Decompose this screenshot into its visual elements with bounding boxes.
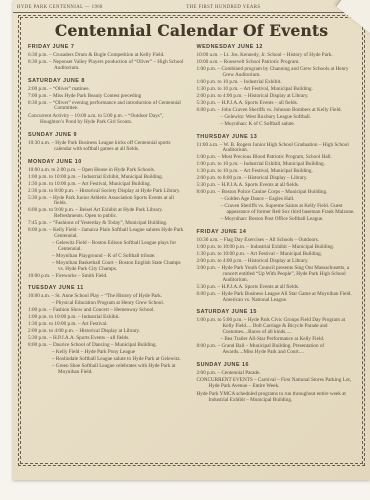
event-subitem: – Gelewitz: West Roxbury League Softball… [197,115,356,121]
event-item: 2:00 p.m. to 4:00 p.m. – Historical Disp… [197,259,356,265]
event-time: 1:00 p.m. to 10:00 p.m. [28,314,77,320]
event-time: 8:00 p.m. [28,227,48,233]
event-subitem: – Physical Education Program at Henry Gr… [28,301,187,307]
day-heading: SATURDAY JUNE 8 [28,78,187,84]
day-heading: TUESDAY JUNE 11 [28,285,187,291]
day-section: FRIDAY JUNE 76:30 p.m. – Crusaders Drum … [28,44,187,72]
day-heading: WEDNESDAY JUNE 12 [197,44,356,50]
event-subitem: – Moynihan: K of C Softball salute. [197,122,356,128]
event-item: 2:30 p.m. to 8:00 p.m. – Historical Soci… [28,189,187,195]
event-time: 10:00 p.m. [28,273,50,279]
event-item: 11:00 a.m. – W. B. Rogers Junior High Sc… [197,143,356,155]
event-item: 10:30 a.m. – Flag Day Exercises – All Sc… [197,238,356,244]
event-item: 6:00 p.m. – Hyde Park Business League Al… [197,292,356,304]
event-item: 10:00 a.m. – Roosevelt School Patriotic … [197,60,356,66]
event-time: 11:00 a.m. [197,142,219,148]
event-time: 5:30 p.m. [197,284,217,290]
event-item: 8:30 p.m. – Neponset Valley Players prod… [28,60,187,72]
event-subitem: – Moynihan Playground – K of C Softball … [28,254,187,260]
running-head: HYDE PARK CENTENNIAL — 1968 THE FIRST HU… [13,0,370,13]
event-time: 5:30 p.m. [197,182,217,188]
event-item: 6:30 p.m. – Crusaders Drum & Bugle Compe… [28,53,187,59]
running-head-left: HYDE PARK CENTENNIAL — 1968 [17,5,103,10]
event-item: 1:00 p.m. to 10:00 p.m. – Industrial Exh… [28,315,187,321]
event-time: 10:00 a.m. [197,52,219,58]
event-item: 8:00 p.m. – Grand Ball – Municipal Build… [197,344,356,356]
event-time: 6:00 p.m. [197,291,217,297]
event-time: 1:30 p.m. to 10:00 p.m. [28,181,77,187]
event-time: 10:30 a.m. [197,237,219,243]
event-item: 3:00 p.m. – Hyde Park Youth Council pres… [197,266,356,283]
event-time: 6:00 p.m. to 9:00 p.m. [28,207,74,213]
calendar-border-box: Centennial Calendar Of Events FRIDAY JUN… [18,15,365,466]
note-paragraph: CONCURRENT EVENTS – Carnival – First Nat… [197,378,356,390]
event-item: 10:00 a.m. to 2:00 p.m. – Open House in … [28,168,187,174]
calendar-column-left: FRIDAY JUNE 76:30 p.m. – Crusaders Drum … [28,43,187,405]
event-time: 2:00 p.m. to 4:00 p.m. [28,328,74,334]
event-item: 1:00 p.m. – Combined program by Channing… [197,67,356,79]
day-heading: FRIDAY JUNE 7 [28,44,187,50]
day-heading: SATURDAY JUNE 15 [197,309,356,315]
event-time: 2:00 p.m. to 4:00 p.m. [197,258,243,264]
event-time: 1:00 p.m. to 10:00 p.m. [28,174,77,180]
event-time: 8:00 p.m. [197,343,217,349]
day-section: WEDNESDAY JUNE 1210:00 a.m. – Lt. Jos. K… [197,44,356,128]
event-item: 2:00 p.m. – “Oliver” matinee. [28,87,187,93]
event-item: 1:00 p.m. to 10:00 p.m. – Industrial Exh… [28,175,187,181]
scanned-page: HYDE PARK CENTENNIAL — 1968 THE FIRST HU… [13,0,370,480]
day-section: TUESDAY JUNE 1110:00 a.m. – St. Anne Sch… [28,285,187,376]
event-time: 1:00 p.m. [197,154,217,160]
event-time: 10:00 a.m. to 2:00 p.m. [28,167,76,173]
event-time: 5:30 p.m. [28,195,48,201]
event-item: 6:00 p.m. – John Craven Sheriffs vs. Joh… [197,108,356,114]
event-item: 8:00 p.m. – Kelly Field – Jamaica Plain … [28,228,187,240]
event-time: 1:00 p.m. [28,307,48,313]
event-item: 1:00 p.m. to 5:00 p.m. – Hyde Park Civic… [197,318,356,335]
day-section: MONDAY JUNE 1010:00 a.m. to 2:00 p.m. – … [28,159,187,280]
event-item: 1:30 p.m. to 10 p.m. – Art Festival, Mun… [197,87,356,93]
event-item: 10:00 p.m. – Fireworks – Smith Field. [28,274,187,280]
event-item: 8:00 p.m. – Daurice School of Dancing – … [28,343,187,349]
page-title: Centennial Calendar Of Events [28,21,355,40]
event-time: 1:30 p.m. to 10 p.m. [197,168,239,174]
event-item: 2:00 p.m. to 4:00 p.m. – Historical Disp… [197,94,356,100]
event-time: 1:30 p.m. to 10 p.m. [197,86,239,92]
event-time: 1:00 p.m. to 5:00 p.m. [197,317,243,323]
event-subitem: – Moynihan: Boston Post Office Softball … [197,217,356,223]
event-item: 7:00 p.m. – Miss Hyde Park Beauty Contes… [28,94,187,100]
note-paragraph: Hyde Park YMCA scheduled programs to run… [197,392,356,404]
event-item: 5:30 p.m. – H.P.J.A.A. Sports Events at … [197,285,356,291]
day-section: SATURDAY JUNE 151:00 p.m. to 5:00 p.m. –… [197,309,356,355]
event-item: 1:00 p.m. to 10 p.m. – Industrial Exhibi… [197,162,356,168]
event-time: 10:30 a.m. [28,140,50,146]
day-section: SUNDAY JUNE 910:30 a.m. – Hyde Park Busi… [28,132,187,153]
event-time: 1:00 p.m. [197,66,217,72]
event-item: 1:30 p.m. to 10 p.m. – Art Festival, Mun… [197,169,356,175]
event-time: 7:45 p.m. [28,220,48,226]
event-time: 1:00 p.m. to 10 p.m. [197,161,239,167]
note-paragraph: Concurrent Activity – 10:00 a.m. to 5:00… [28,114,187,126]
event-subitem: – Gelewitz Field – Boston Edison Softbal… [28,241,187,253]
event-item: 1:00 p.m. – Most Precious Blood Patrioti… [197,155,356,161]
event-time: 2:00 p.m. to 4:00 p.m. [197,93,243,99]
event-subitem: – Craven Sheriffs vs. Supreme Saints at … [197,204,356,216]
event-item: 5:30 p.m. – Hyde Park Junior Athletic As… [28,196,187,208]
day-heading: MONDAY JUNE 10 [28,159,187,165]
event-item: 1:30 p.m. to 10:00 p.m. – Art Festival, … [28,182,187,188]
event-time: 8:30 p.m. [28,59,48,65]
event-item: 8:30 p.m. – “Oliver” evening performance… [28,101,187,113]
event-item: 6:00 p.m. to 9:00 p.m. – Beisel Art Exhi… [28,208,187,220]
day-heading: SUNDAY JUNE 9 [28,132,187,138]
event-item: 1:30 p.m. to 10:00 p.m. – Art Festival –… [197,252,356,258]
event-time: 10:00 a.m. [28,293,50,299]
day-section: SATURDAY JUNE 82:00 p.m. – “Oliver” mati… [28,78,187,126]
event-time: 8:00 p.m. [197,189,217,195]
event-time: 10:00 a.m. [197,59,219,65]
event-time: 8:00 p.m. [28,342,48,348]
event-subitem: – Green Shoe Softball League celebrates … [28,364,187,376]
event-item: 1:00 p.m. to 10:00 p.m. – Industrial Exh… [197,245,356,251]
event-item: 1:00 p.m. to 10 p.m. – Industrial Exhibi… [197,80,356,86]
event-time: 1:30 p.m. to 10:00 p.m. [197,251,246,257]
event-item: 5:30 p.m. – H.P.J.A.A. Sports Events – a… [197,101,356,107]
event-item: 8:00 p.m. – Boston Police Canine Corps –… [197,190,356,196]
event-item: 10:00 a.m. – Lt. Jos. Kennedy, Jr. Schoo… [197,53,356,59]
event-subitem: – Bea Trailer All-Star Performance at Ke… [197,337,356,343]
event-time: 7:00 p.m. [28,93,48,99]
event-item: 2:00 p.m. – Centennial Parade. [197,371,356,377]
event-item: 10:30 a.m. – Hyde Park Business League k… [28,141,187,153]
event-time: 6:00 p.m. [197,107,217,113]
running-head-center: THE FIRST HUNDRED YEARS [186,5,260,10]
calendar-column-right: WEDNESDAY JUNE 1210:00 a.m. – Lt. Jos. K… [197,43,356,405]
calendar-columns: FRIDAY JUNE 76:30 p.m. – Crusaders Drum … [28,43,355,405]
day-section: THURSDAY JUNE 1311:00 a.m. – W. B. Roger… [197,134,356,223]
calendar-border-box-inner: Centennial Calendar Of Events FRIDAY JUN… [20,17,363,464]
event-subitem: – Moynihan Basketball Court – Boston Eng… [28,261,187,273]
event-time: 6:30 p.m. [28,52,48,58]
event-item: 5:30 p.m. – H.P.J.A.A. Sports Events at … [197,183,356,189]
event-item: 1:00 p.m. – Fashion Show and Concert – H… [28,308,187,314]
event-item: 1:30 p.m. to 10:00 p.m. – Art Festival. [28,322,187,328]
event-time: 8:30 p.m. [28,100,48,106]
event-item: 10:00 a.m. – St. Anne School Play – “The… [28,294,187,300]
event-time: 2:00 p.m. [28,86,48,92]
day-section: SUNDAY JUNE 162:00 p.m. – Centennial Par… [197,362,356,404]
event-time: 1:00 p.m. to 10:00 p.m. [197,244,246,250]
event-time: 2:00 p.m. to 8:00 p.m. [197,175,243,181]
event-time: 1:00 p.m. to 10 p.m. [197,79,239,85]
event-time: 3:00 p.m. [197,265,217,271]
event-time: 2:00 p.m. [197,370,217,376]
day-heading: FRIDAY JUNE 14 [197,229,356,235]
event-time: 5:30 p.m. [197,100,217,106]
event-time: 1:30 p.m. to 10:00 p.m. [28,321,77,327]
day-section: FRIDAY JUNE 1410:30 a.m. – Flag Day Exer… [197,229,356,303]
day-heading: THURSDAY JUNE 13 [197,134,356,140]
event-time: 5:30 p.m. [28,335,48,341]
day-heading: SUNDAY JUNE 16 [197,362,356,368]
event-time: 2:30 p.m. to 8:00 p.m. [28,188,74,194]
